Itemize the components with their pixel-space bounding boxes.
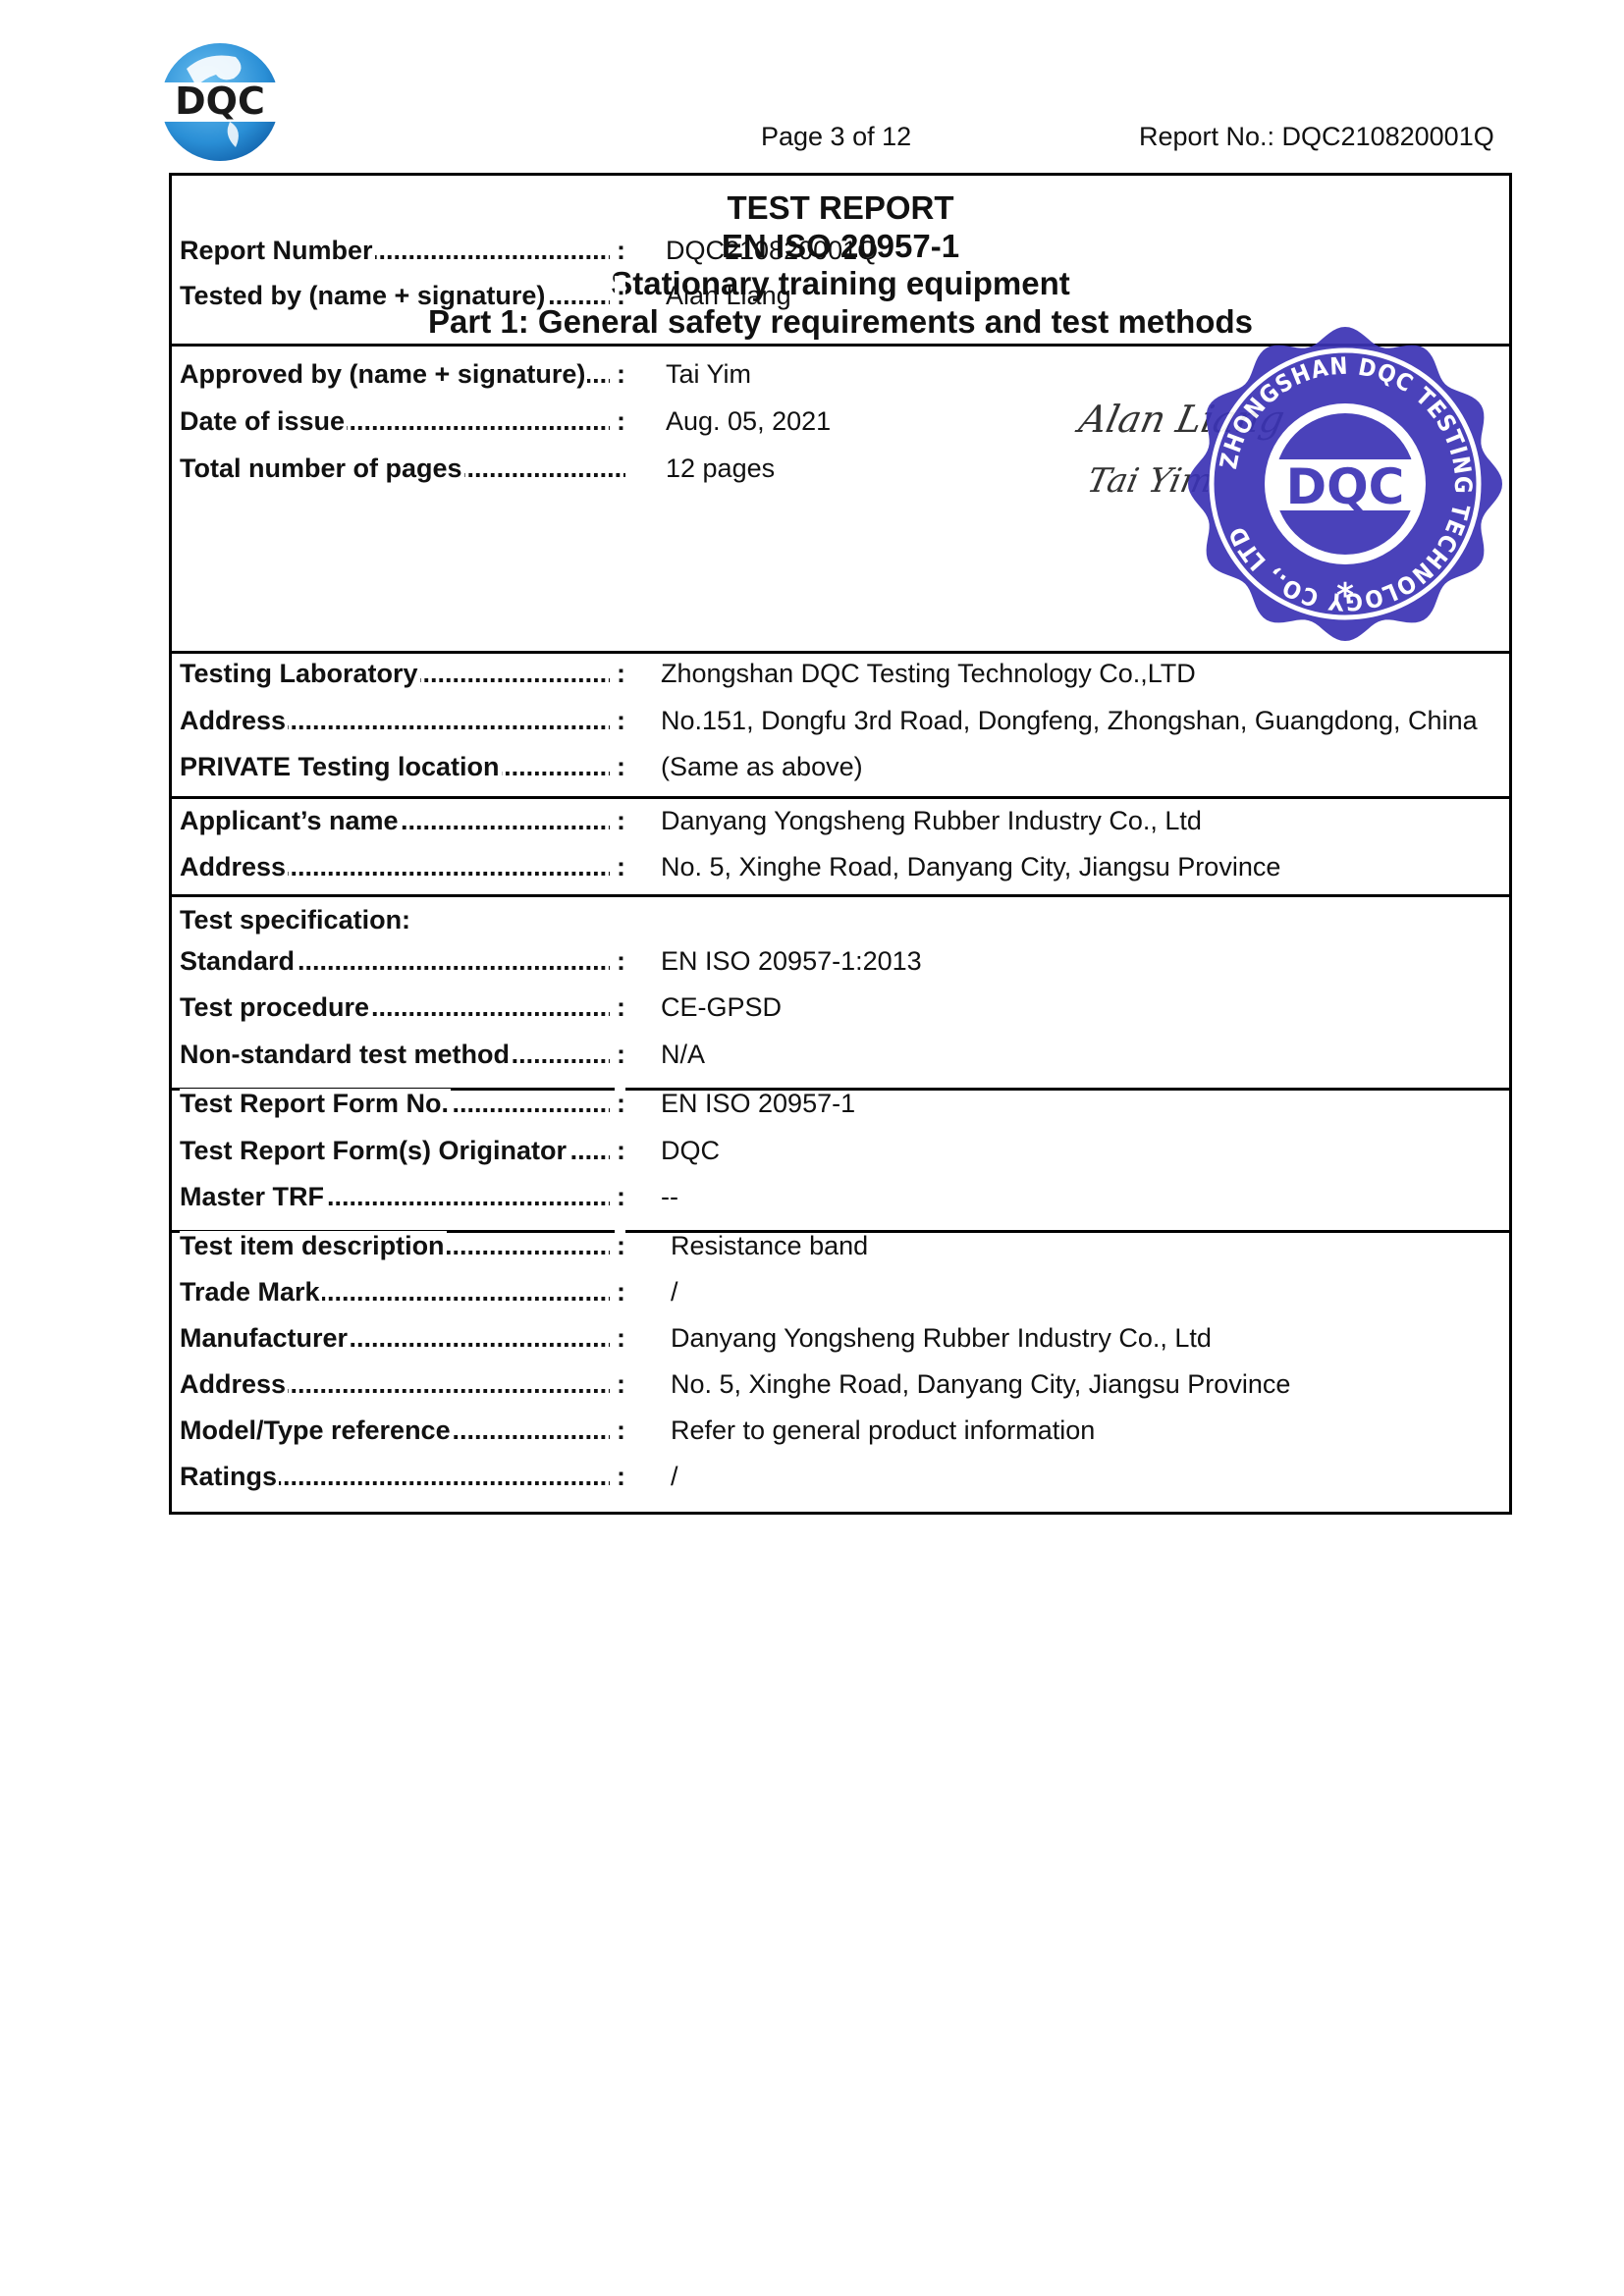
field-label: ........................................… <box>180 1131 631 1170</box>
field-row-form: ........................................… <box>180 1177 1509 1216</box>
field-value: Danyang Yongsheng Rubber Industry Co., L… <box>671 1318 1212 1358</box>
star-icon: * <box>1336 576 1354 615</box>
svg-text:DQC: DQC <box>175 80 265 123</box>
field-value: 12 pages <box>666 449 775 488</box>
field-label: ........................................… <box>180 354 631 394</box>
field-row-specification: ........................................… <box>180 941 1509 981</box>
field-row-laboratory: ........................................… <box>180 747 1509 786</box>
field-value: Aug. 05, 2021 <box>666 401 831 441</box>
field-label: ........................................… <box>180 1364 631 1404</box>
field-row-applicant: ........................................… <box>180 847 1509 886</box>
field-label: ........................................… <box>180 1318 631 1358</box>
field-value: No. 5, Xinghe Road, Danyang City, Jiangs… <box>671 1364 1290 1404</box>
field-row-applicant: ........................................… <box>180 801 1509 840</box>
field-label: ........................................… <box>180 276 631 315</box>
field-value: -- <box>661 1177 678 1216</box>
field-label: ........................................… <box>180 747 631 786</box>
title-line-1: TEST REPORT <box>172 189 1509 228</box>
company-seal-stamp: DQC ZHONGSHAN DQC TESTING TECHNOLOGY CO.… <box>1173 312 1517 656</box>
field-value: DQC <box>661 1131 720 1170</box>
field-label: ........................................… <box>180 1226 631 1265</box>
field-value: EN ISO 20957-1:2013 <box>661 941 922 981</box>
field-label: ........................................… <box>180 1457 631 1496</box>
field-label: ........................................… <box>180 1084 631 1123</box>
field-row-laboratory: ........................................… <box>180 654 1509 693</box>
field-label: ........................................… <box>180 1035 631 1074</box>
field-row-form: ........................................… <box>180 1084 1509 1123</box>
field-value: No. 5, Xinghe Road, Danyang City, Jiangs… <box>661 847 1280 886</box>
field-label: ........................................… <box>180 801 631 840</box>
field-label: ........................................… <box>180 701 631 740</box>
field-label: ........................................… <box>180 1177 631 1216</box>
field-row-item: ........................................… <box>180 1226 1509 1265</box>
page-indicator: Page 3 of 12 <box>761 122 911 152</box>
field-row-form: ........................................… <box>180 1131 1509 1170</box>
field-row-item: ........................................… <box>180 1364 1509 1404</box>
spec-heading: Test specification: <box>180 900 410 939</box>
spec-heading-row: Test specification: <box>180 900 1509 939</box>
field-row-item: ........................................… <box>180 1457 1509 1496</box>
field-value: N/A <box>661 1035 705 1074</box>
dqc-logo: DQC <box>157 39 283 165</box>
divider <box>172 894 1509 897</box>
field-value: / <box>671 1457 678 1496</box>
field-label: ........................................… <box>180 401 631 441</box>
field-value: / <box>671 1272 678 1311</box>
field-label: ........................................… <box>180 1411 631 1450</box>
field-value: No.151, Dongfu 3rd Road, Dongfeng, Zhong… <box>661 701 1478 740</box>
field-value: Resistance band <box>671 1226 868 1265</box>
field-value: Danyang Yongsheng Rubber Industry Co., L… <box>661 801 1202 840</box>
field-value: Tai Yim <box>666 354 751 394</box>
report-number-header: Report No.: DQC210820001Q <box>1139 122 1494 152</box>
field-row-item: ........................................… <box>180 1272 1509 1311</box>
field-row-specification: ........................................… <box>180 988 1509 1027</box>
field-value: Refer to general product information <box>671 1411 1095 1450</box>
field-row-laboratory: ........................................… <box>180 701 1509 740</box>
field-label: ........................................… <box>180 1272 631 1311</box>
field-label: ........................................… <box>180 941 631 981</box>
field-row-item: ........................................… <box>180 1318 1509 1358</box>
field-value: EN ISO 20957-1 <box>661 1084 855 1123</box>
field-label: ........................................… <box>180 449 631 488</box>
field-label: ........................................… <box>180 988 631 1027</box>
field-label: ........................................… <box>180 654 631 693</box>
field-label: ........................................… <box>180 231 631 270</box>
field-value: CE-GPSD <box>661 988 782 1027</box>
field-row-item: ........................................… <box>180 1411 1509 1450</box>
field-label: ........................................… <box>180 847 631 886</box>
field-value: Zhongshan DQC Testing Technology Co.,LTD <box>661 654 1196 693</box>
field-row-specification: ........................................… <box>180 1035 1509 1074</box>
field-value: Alan Liang <box>666 276 791 315</box>
divider <box>172 796 1509 799</box>
field-value: (Same as above) <box>661 747 863 786</box>
field-row-report: ........................................… <box>180 276 1509 315</box>
field-value: DQC210820001Q <box>666 231 878 270</box>
field-row-report: ........................................… <box>180 231 1509 270</box>
svg-text:DQC: DQC <box>1286 458 1405 515</box>
